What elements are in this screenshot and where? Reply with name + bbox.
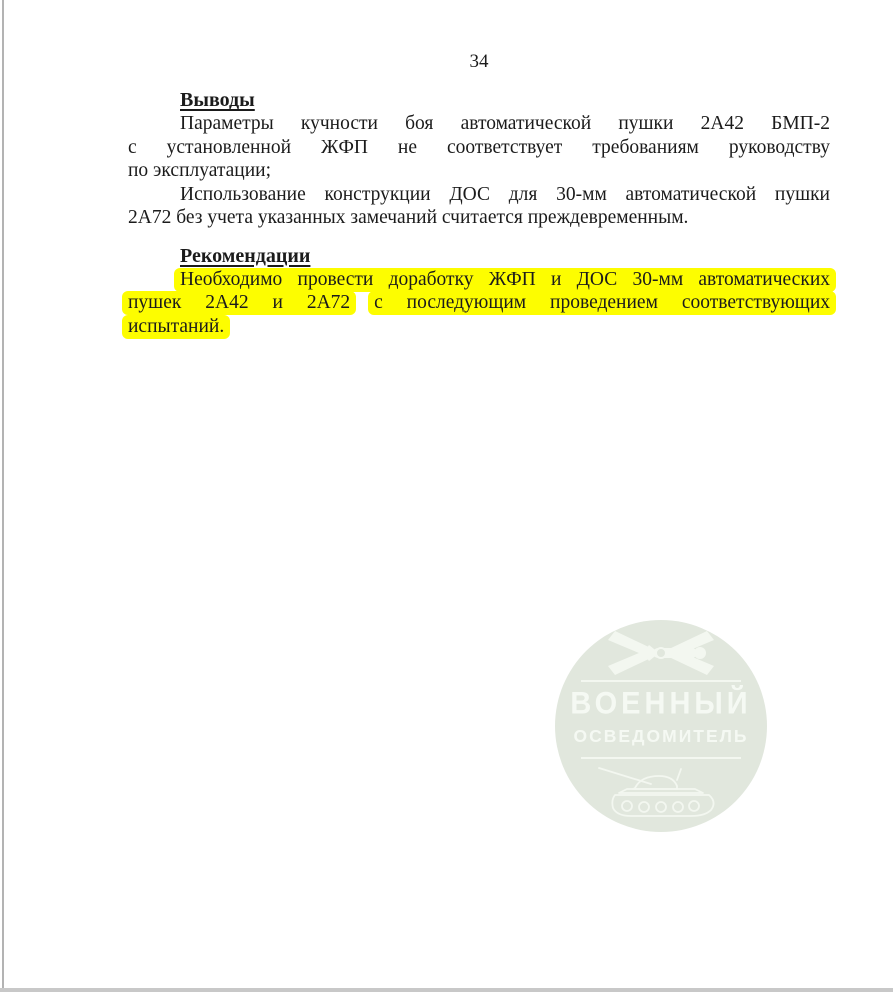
watermark-divider-bottom (581, 757, 741, 759)
watermark-divider-top (581, 680, 741, 682)
watermark-badge: ВОЕННЫЙ ОСВЕДОМИТЕЛЬ (555, 620, 767, 832)
page-bottom-bar (0, 988, 893, 992)
conclusions-heading-label: Выводы (180, 89, 255, 111)
highlight-segment: Необходимо провести доработку ЖФП и ДОС … (174, 268, 836, 292)
conclusions-heading: Выводы (128, 88, 830, 112)
highlight-segment: испытаний. (122, 315, 230, 339)
tank-icon (591, 762, 731, 826)
watermark-title: ВОЕННЫЙ (555, 685, 767, 724)
highlighted-line: Необходимо провести доработку ЖФП и ДОС … (128, 268, 830, 292)
paragraph-line: Использование конструкции ДОС для 30-мм … (128, 183, 830, 207)
page-left-edge-line (2, 0, 4, 992)
recommendations-heading: Рекомендации (128, 244, 830, 268)
rocket-emblem-icon (601, 628, 721, 678)
page-number: 34 (128, 50, 830, 74)
paragraph-line: с установленной ЖФП не соответствует тре… (128, 136, 830, 160)
recommendations-heading-label: Рекомендации (180, 245, 310, 267)
highlighted-line: испытаний. (128, 315, 830, 339)
document-page: 34 Выводы Параметры кучности боя автомат… (128, 50, 830, 338)
paragraph-line: по эксплуатации; (128, 159, 830, 183)
highlighted-line: пушек 2А42 и 2А72 с последующим проведен… (128, 291, 830, 315)
highlight-segment: пушек 2А42 и 2А72 (122, 291, 356, 315)
paragraph-line: 2А72 без учета указанных замечаний счита… (128, 206, 830, 230)
highlight-segment: с последующим проведением соответствующи… (368, 291, 836, 315)
paragraph-line: Параметры кучности боя автоматической пу… (128, 112, 830, 136)
watermark-subtitle: ОСВЕДОМИТЕЛЬ (555, 724, 767, 748)
